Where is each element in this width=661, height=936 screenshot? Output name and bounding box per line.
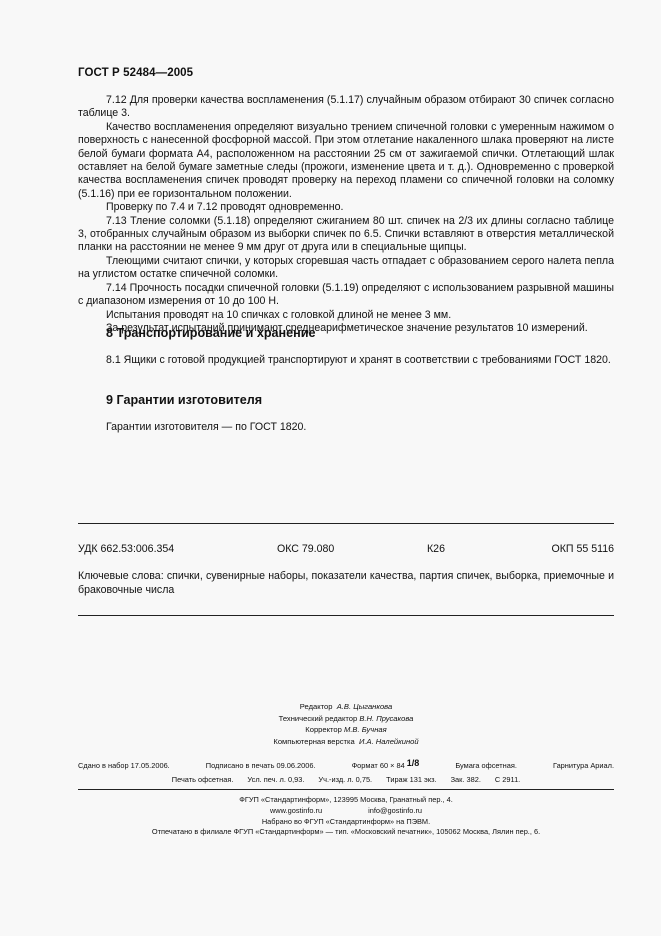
print-type: Печать офсетная. xyxy=(172,773,234,787)
paragraph-7-13: 7.13 Тление соломки (5.1.18) определяют … xyxy=(78,215,614,255)
publisher-email[interactable]: info@gostinfo.ru xyxy=(368,806,422,817)
order-number: Зак. 382. xyxy=(451,773,481,787)
print-imprint: Сдано в набор 17.05.2006. Подписано в пе… xyxy=(78,759,614,786)
typeset-info: Набрано во ФГУП «Стандартинформ» на ПЭВМ… xyxy=(78,817,614,828)
paragraph-7-14: 7.14 Прочность посадки спичечной головки… xyxy=(78,282,614,309)
format-fraction: 1/8 xyxy=(407,757,420,771)
keywords: Ключевые слова: спички, сувенирные набор… xyxy=(78,569,614,597)
divider-top xyxy=(78,523,614,524)
section-7-body: 7.12 Для проверки качества воспламенения… xyxy=(78,94,614,335)
imprint-row-2: Печать офсетная. Усл. печ. л. 0,93. Уч.-… xyxy=(78,773,614,787)
editorial-credits: Редактор А.В. Цыганкова Технический реда… xyxy=(78,701,614,747)
paragraph-ignition-quality: Качество воспламенения определяют визуал… xyxy=(78,121,614,201)
credit-editor: Редактор А.В. Цыганкова xyxy=(78,701,614,713)
imprint-row-1: Сдано в набор 17.05.2006. Подписано в пе… xyxy=(78,759,614,773)
publisher-contacts: www.gostinfo.ru info@gostinfo.ru xyxy=(78,806,614,817)
section-8-text: 8.1 Ящики с готовой продукцией транспорт… xyxy=(78,354,614,367)
paper-type: Бумага офсетная. xyxy=(455,759,517,773)
udk-code: УДК 662.53:006.354 xyxy=(78,543,174,555)
document-header: ГОСТ Р 52484—2005 xyxy=(78,67,193,79)
publisher-address: ФГУП «Стандартинформ», 123995 Москва, Гр… xyxy=(78,795,614,806)
k-code: К26 xyxy=(427,543,445,555)
printing-info: Отпечатано в филиале ФГУП «Стандартинфор… xyxy=(78,827,614,838)
credit-layout: Компьютерная верстка И.А. Налейкиной xyxy=(78,736,614,748)
oks-code: ОКС 79.080 xyxy=(277,543,334,555)
signed-date: Подписано в печать 09.06.2006. xyxy=(206,759,316,773)
paragraph-smoldering: Тлеющими считают спички, у которых сгоре… xyxy=(78,255,614,282)
publisher-sheets: Уч.-изд. л. 0,75. xyxy=(318,773,372,787)
paragraph-simultaneous-check: Проверку по 7.4 и 7.12 проводят одноврем… xyxy=(78,201,614,214)
paragraph-7-12: 7.12 Для проверки качества воспламенения… xyxy=(78,94,614,121)
printed-sheets: Усл. печ. л. 0,93. xyxy=(247,773,304,787)
publisher-info: ФГУП «Стандартинформ», 123995 Москва, Гр… xyxy=(78,795,614,838)
typeset-date: Сдано в набор 17.05.2006. xyxy=(78,759,170,773)
credit-proofreader: Корректор М.В. Бучная xyxy=(78,724,614,736)
okp-code: ОКП 55 5116 xyxy=(552,543,614,555)
section-9-text: Гарантии изготовителя — по ГОСТ 1820. xyxy=(106,421,306,433)
code-number: С 2911. xyxy=(495,773,520,787)
paragraph-tests: Испытания проводят на 10 спичках с голов… xyxy=(78,309,614,322)
divider-bottom xyxy=(78,615,614,616)
credit-tech-editor: Технический редактор В.Н. Прусакова xyxy=(78,713,614,725)
section-8-title: 8 Транспортирование и хранение xyxy=(106,326,315,340)
typeface: Гарнитура Ариал. xyxy=(553,759,614,773)
divider-imprint xyxy=(78,789,614,790)
print-run: Тираж 131 экз. xyxy=(386,773,436,787)
publisher-website[interactable]: www.gostinfo.ru xyxy=(270,806,322,817)
paper-format: Формат 60 × 84 1/8 xyxy=(352,759,420,773)
section-9-title: 9 Гарантии изготовителя xyxy=(106,393,262,407)
